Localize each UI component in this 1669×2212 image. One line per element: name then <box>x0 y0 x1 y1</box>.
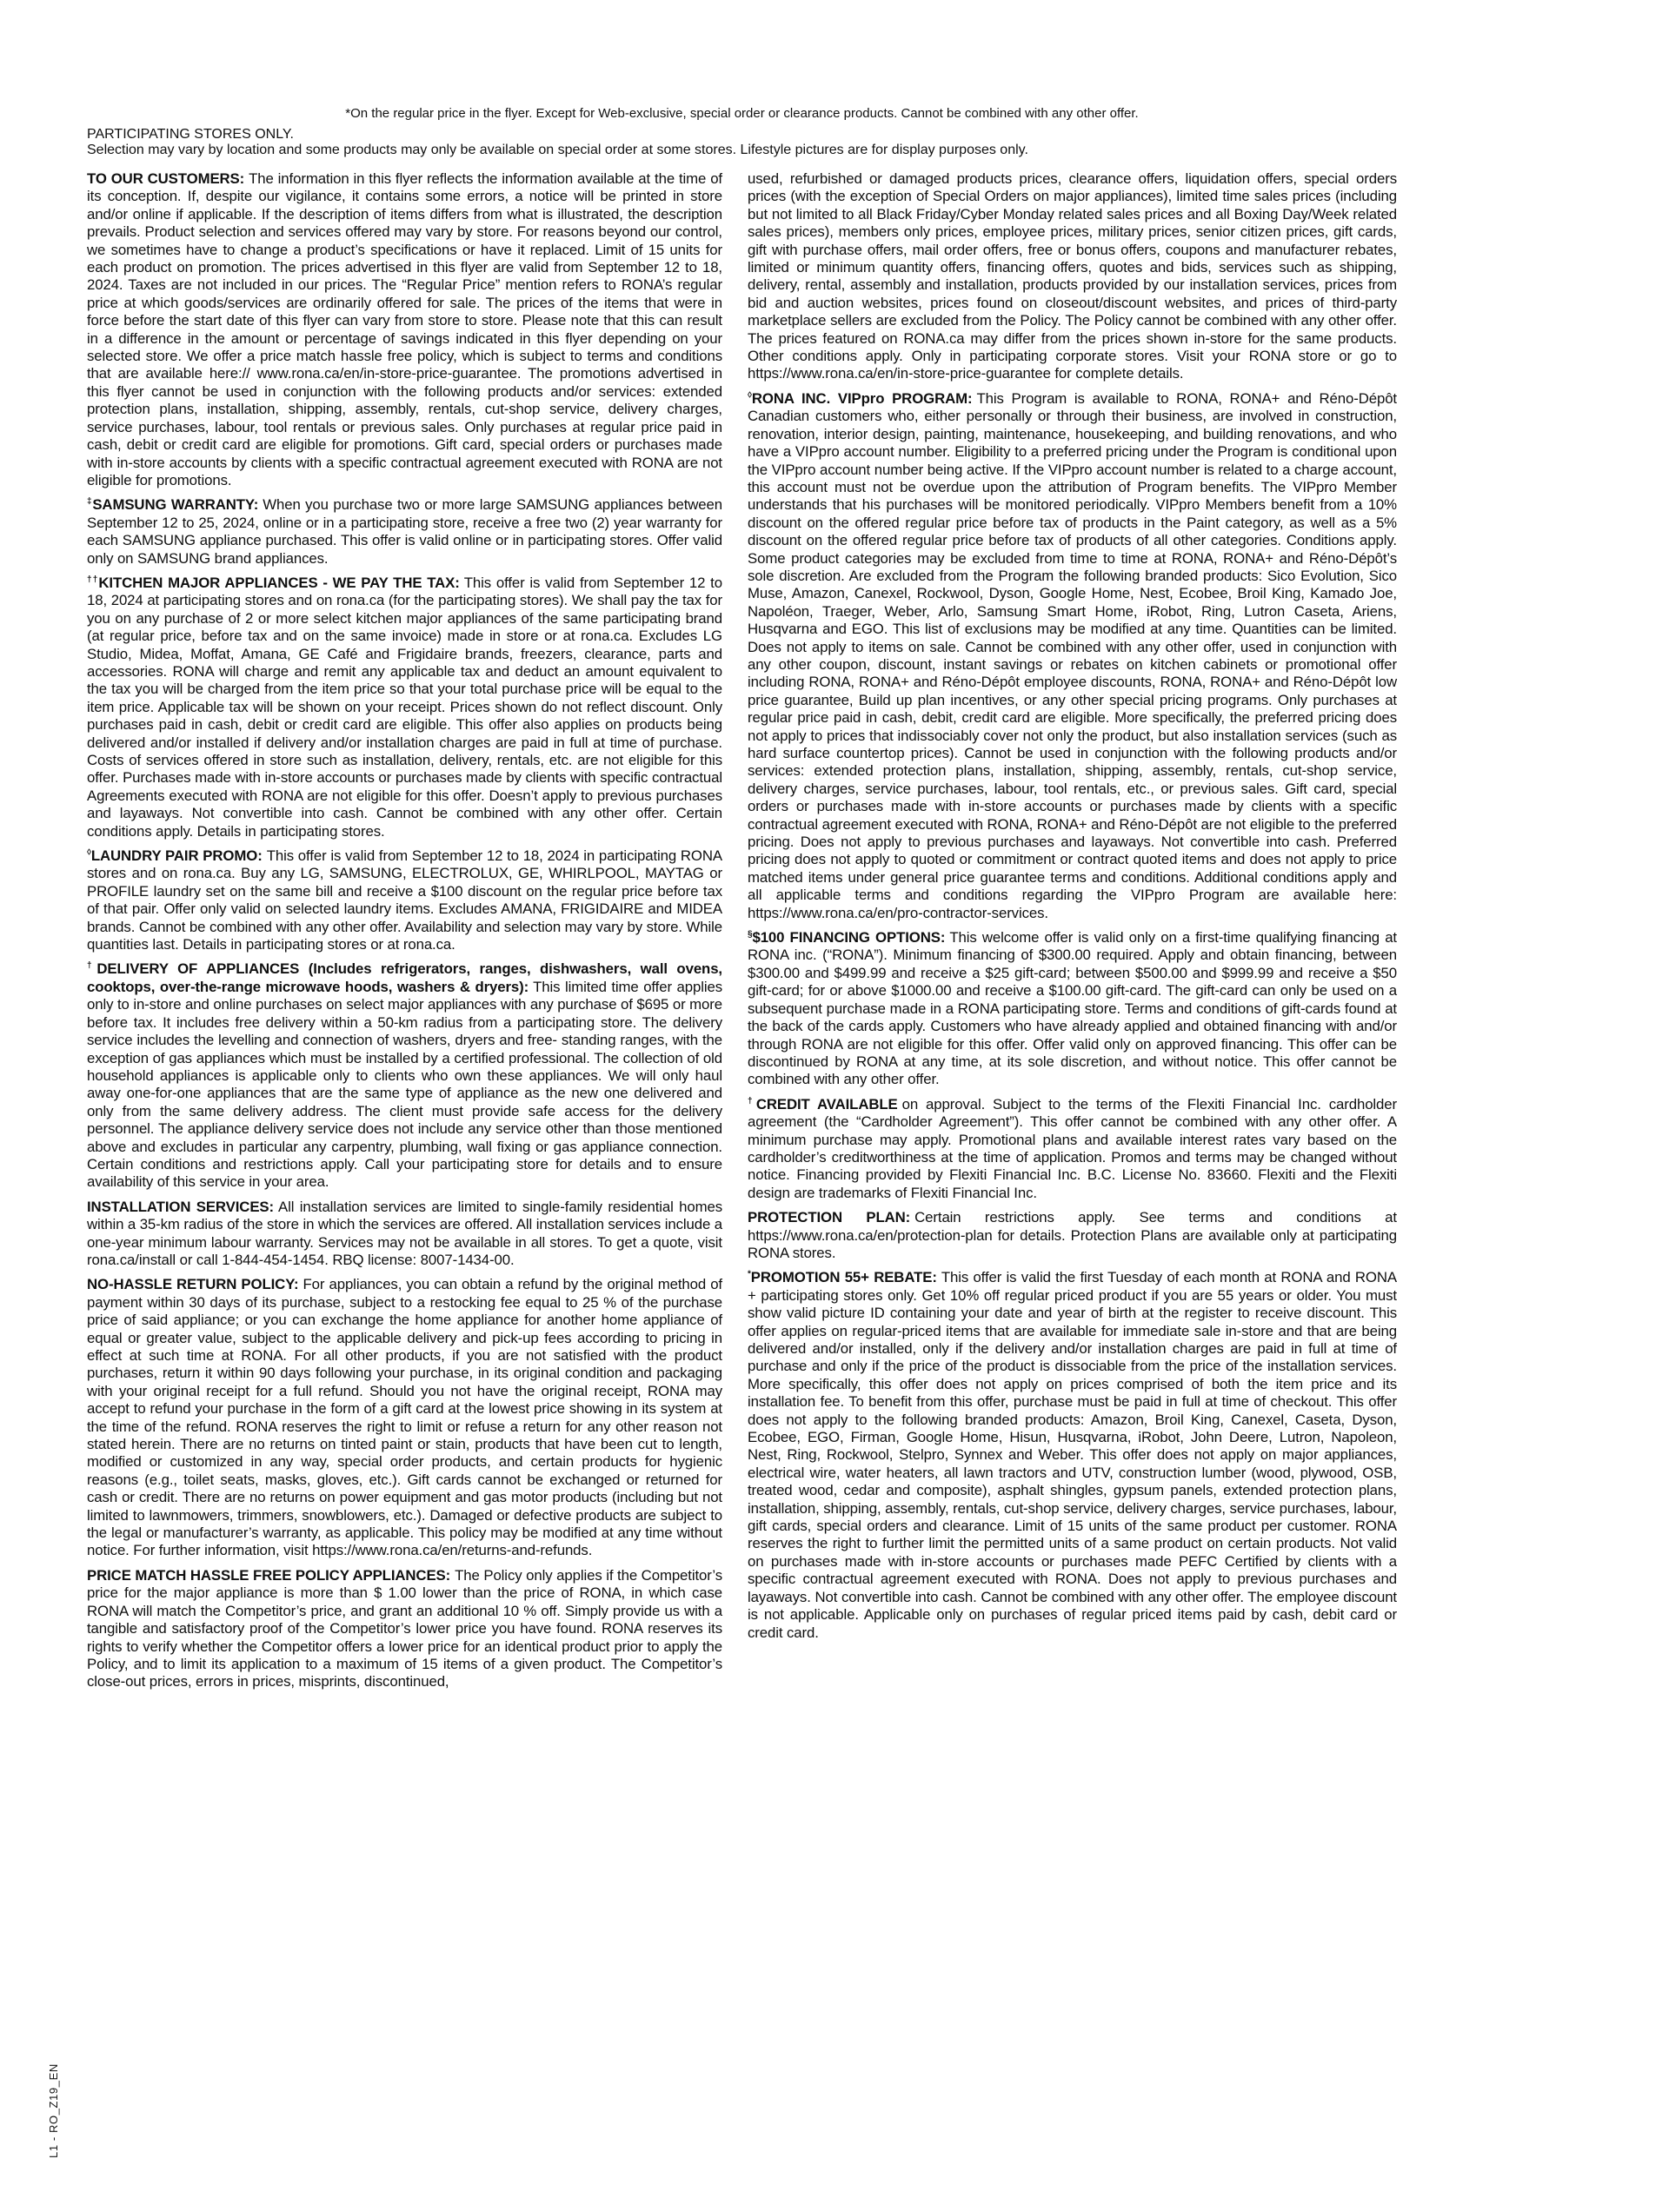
print-code-vertical-label: L1 - RO_Z19_EN <box>47 1950 60 2158</box>
section-price-match-continuation: used, refurbished or damaged products pr… <box>748 170 1397 383</box>
two-column-terms-text: TO OUR CUSTOMERS:The information in this… <box>87 170 1397 1698</box>
section-body: This limited time offer applies only to … <box>87 979 722 1190</box>
section-100-financing-options: §$100 FINANCING OPTIONS:This welcome off… <box>748 929 1397 1089</box>
top-disclaimer: *On the regular price in the flyer. Exce… <box>87 106 1397 122</box>
section-body: This offer is valid the first Tuesday of… <box>748 1269 1397 1640</box>
section-heading: LAUNDRY PAIR PROMO: <box>91 847 267 864</box>
section-heading: NO-HASSLE RETURN POLICY: <box>87 1276 303 1292</box>
section-body: The information in this flyer reflects t… <box>87 170 722 488</box>
right-column: used, refurbished or damaged products pr… <box>748 170 1397 1649</box>
section-vippro-program: ◊RONA INC. VIPpro PROGRAM:This Program i… <box>748 390 1397 922</box>
section-installation-services: INSTALLATION SERVICES:All installation s… <box>87 1199 722 1270</box>
section-body: This offer is valid from September 12 to… <box>87 575 722 840</box>
section-credit-available: †CREDIT AVAILABLEon approval. Subject to… <box>748 1096 1397 1202</box>
left-column: TO OUR CUSTOMERS:The information in this… <box>87 170 722 1698</box>
section-body: The Policy only applies if the Competito… <box>87 1567 722 1690</box>
section-kitchen-major-appliances-tax: ††KITCHEN MAJOR APPLIANCES - WE PAY THE … <box>87 575 722 840</box>
section-symbol: † <box>87 961 96 971</box>
section-laundry-pair-promo: ◊LAUNDRY PAIR PROMO:This offer is valid … <box>87 847 722 953</box>
section-heading: TO OUR CUSTOMERS: <box>87 170 249 187</box>
section-heading: SAMSUNG WARRANTY: <box>92 496 263 513</box>
section-promotion-55-rebate: *PROMOTION 55+ REBATE:This offer is vali… <box>748 1269 1397 1642</box>
section-heading: PROMOTION 55+ REBATE: <box>751 1269 941 1285</box>
section-symbol: † <box>748 1096 756 1106</box>
section-heading: CREDIT AVAILABLE <box>756 1096 902 1113</box>
section-heading: PRICE MATCH HASSLE FREE POLICY APPLIANCE… <box>87 1567 455 1584</box>
section-heading: $100 FINANCING OPTIONS: <box>752 929 949 946</box>
participating-stores-line: PARTICIPATING STORES ONLY. <box>87 127 294 143</box>
section-heading: KITCHEN MAJOR APPLIANCES - WE PAY THE TA… <box>98 575 463 591</box>
section-heading: INSTALLATION SERVICES: <box>87 1199 278 1215</box>
section-body: This welcome offer is valid only on a fi… <box>748 929 1397 1087</box>
section-to-our-customers: TO OUR CUSTOMERS:The information in this… <box>87 170 722 489</box>
section-heading: RONA INC. VIPpro PROGRAM: <box>752 390 977 407</box>
section-price-match-policy-appliances: PRICE MATCH HASSLE FREE POLICY APPLIANCE… <box>87 1567 722 1691</box>
flyer-terms-page: *On the regular price in the flyer. Exce… <box>0 0 1669 2212</box>
section-body: For appliances, you can obtain a refund … <box>87 1276 722 1558</box>
selection-note-line: Selection may vary by location and some … <box>87 143 1028 158</box>
section-samsung-warranty: ‡SAMSUNG WARRANTY:When you purchase two … <box>87 496 722 568</box>
section-no-hassle-return-policy: NO-HASSLE RETURN POLICY:For appliances, … <box>87 1276 722 1560</box>
section-body: This Program is available to RONA, RONA+… <box>748 390 1397 921</box>
section-symbol: †† <box>87 575 98 584</box>
section-delivery-of-appliances: †DELIVERY OF APPLIANCES (Includes refrig… <box>87 960 722 1191</box>
section-heading: PROTECTION PLAN: <box>748 1209 914 1226</box>
section-protection-plan: PROTECTION PLAN:Certain restrictions app… <box>748 1209 1397 1262</box>
section-body: used, refurbished or damaged products pr… <box>748 170 1397 382</box>
